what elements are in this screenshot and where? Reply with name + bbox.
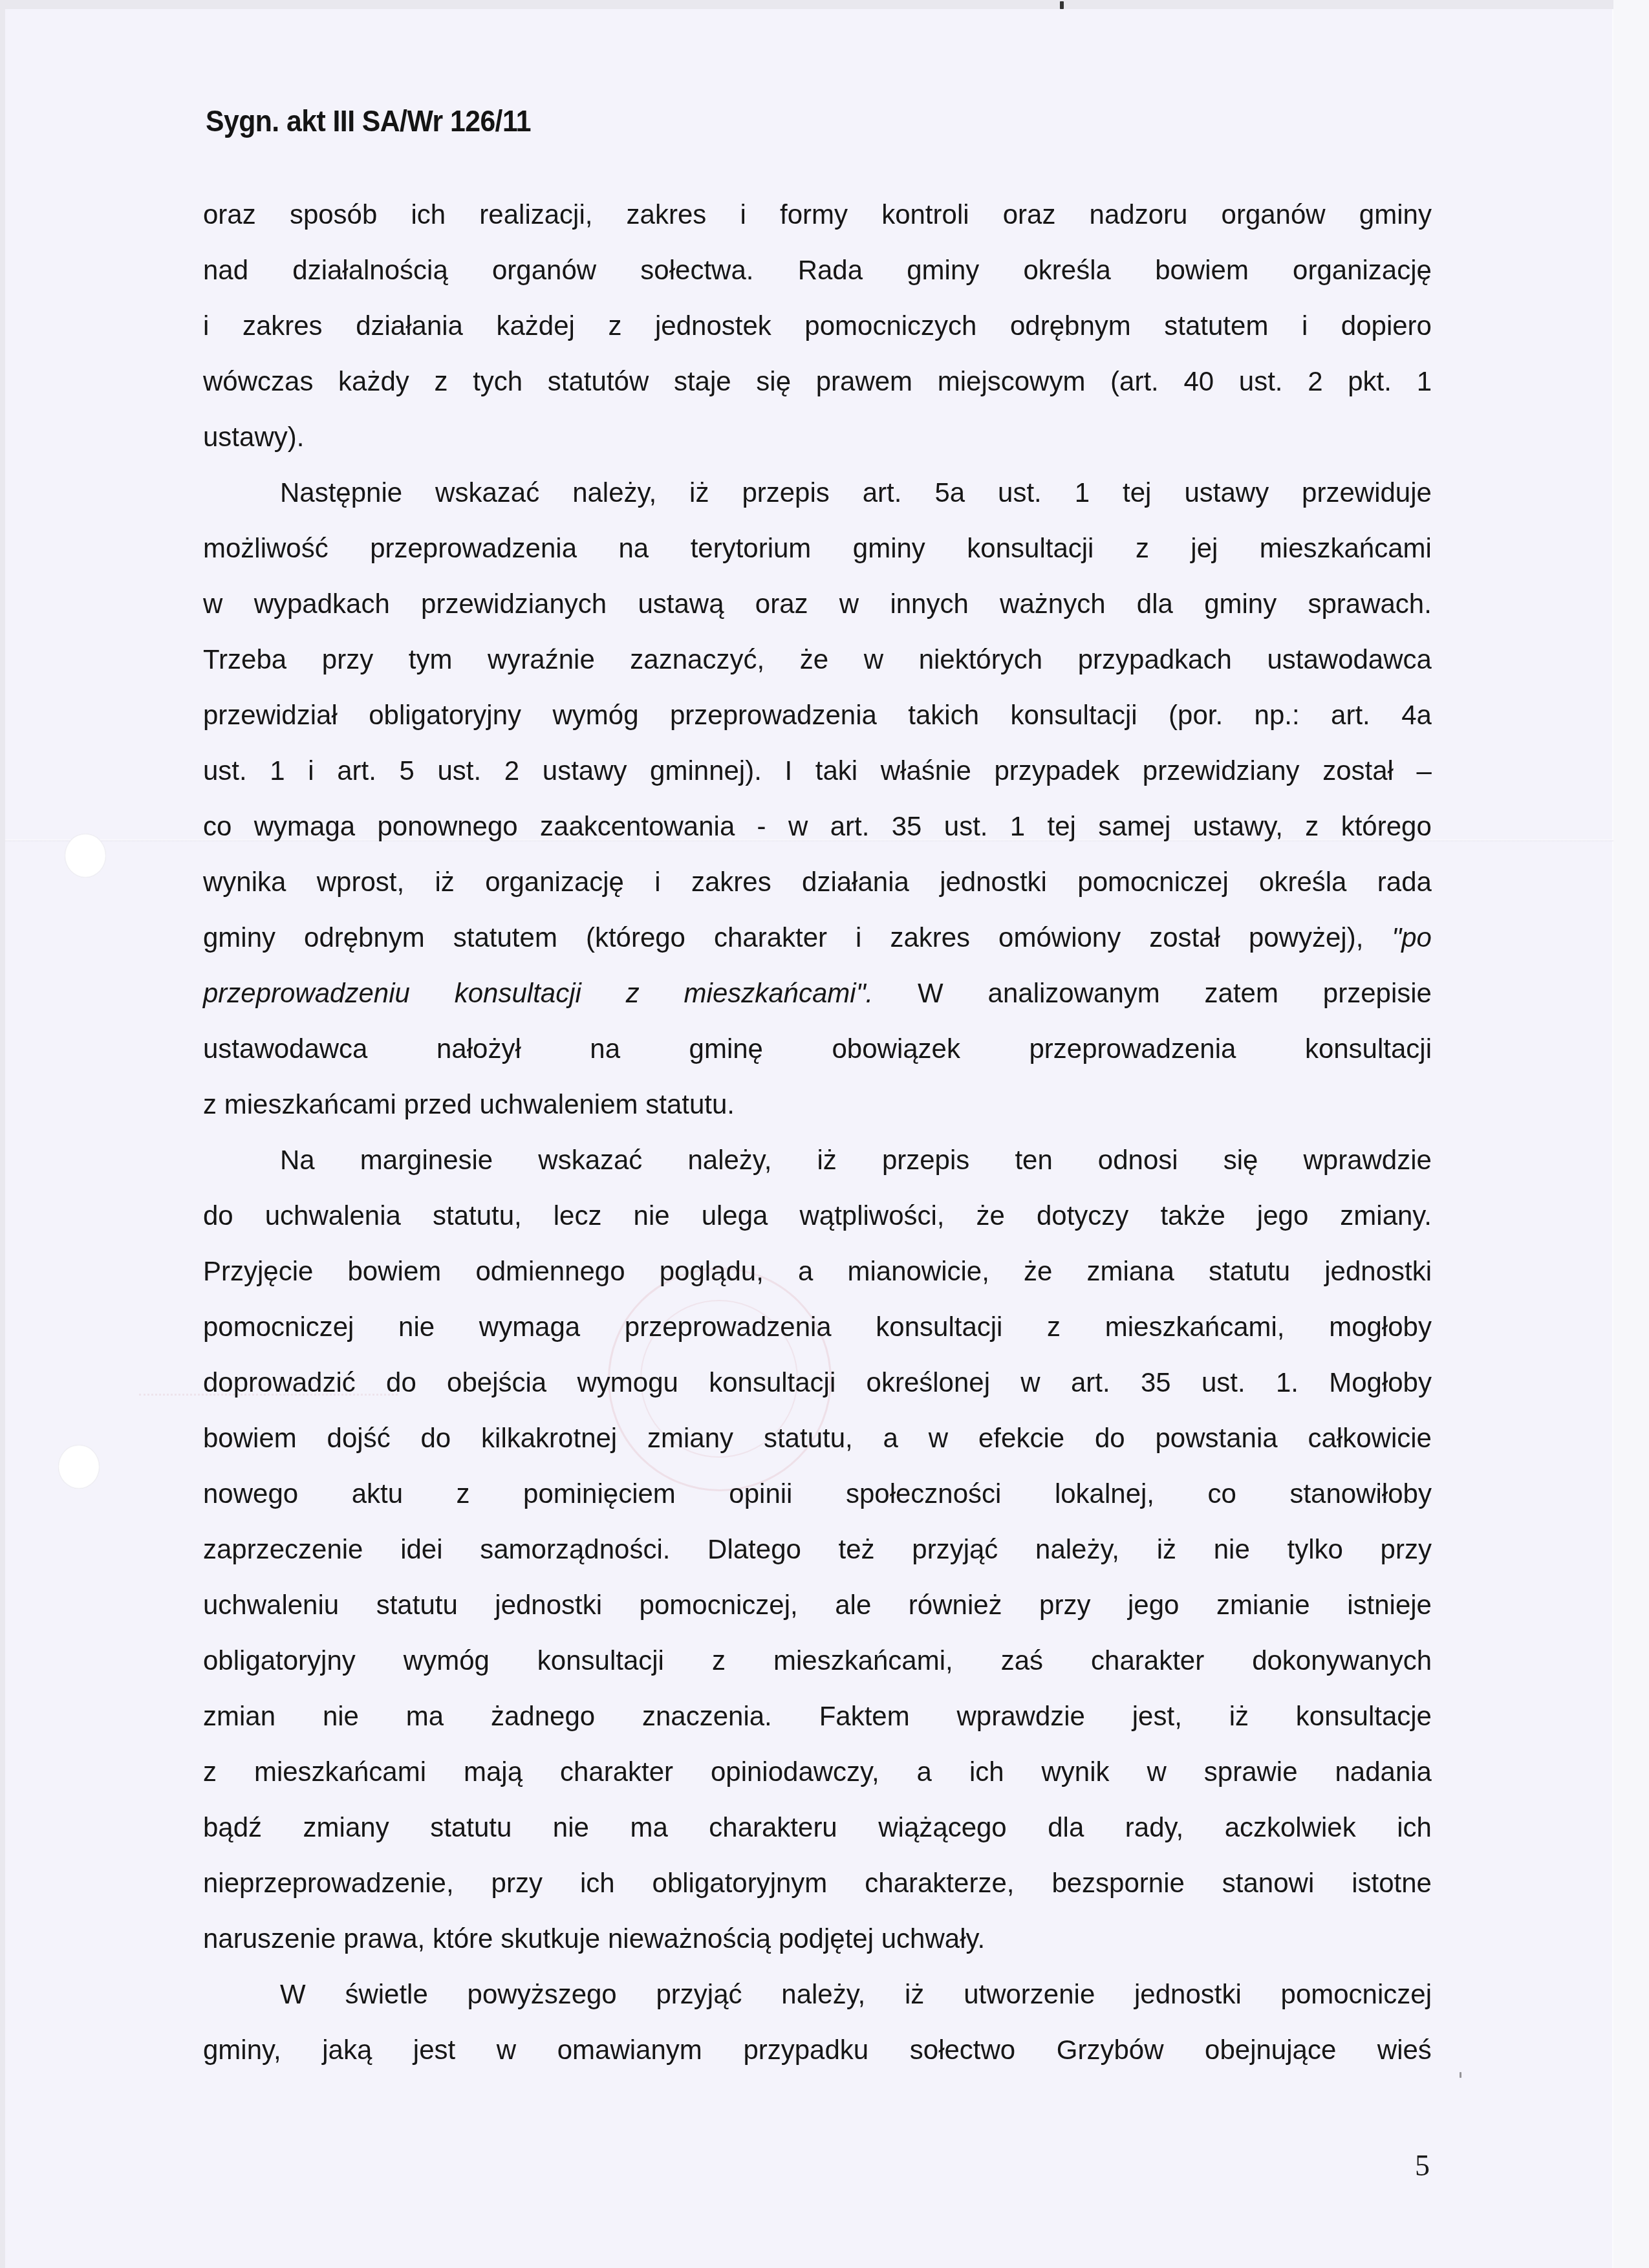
scan-speck (1460, 2072, 1461, 2078)
paragraph: Namarginesiewskazaćnależy,iżprzepistenod… (203, 1141, 1432, 1975)
text-line: obligatoryjnywymógkonsultacjizmieszkańca… (203, 1641, 1432, 1697)
text-line: Namarginesiewskazaćnależy,iżprzepistenod… (203, 1141, 1432, 1196)
text-line: ustawodawcanałożyłnagminęobowiązekprzepr… (203, 1030, 1432, 1085)
text-line: orazsposóbichrealizacji,zakresiformykont… (203, 195, 1432, 251)
document-body: orazsposóbichrealizacji,zakresiformykont… (203, 195, 1432, 2086)
text-line: naddziałalnościąorganówsołectwa.Radagmin… (203, 251, 1432, 307)
punch-hole-icon (58, 1445, 100, 1489)
text-line: nieprzeprowadzenie,przyichobligatoryjnym… (203, 1864, 1432, 1919)
scanner-edge (1613, 0, 1649, 2268)
text-line: naruszenieprawa,któreskutkujenieważności… (203, 1919, 1432, 1975)
paragraph: Wświetlepowyższegoprzyjąćnależy,iżutworz… (203, 1975, 1432, 2086)
text-line: ustawy). (203, 418, 1432, 473)
text-line: Wświetlepowyższegoprzyjąćnależy,iżutworz… (203, 1975, 1432, 2031)
text-line: izakresdziałaniakażdejzjednostekpomocnic… (203, 307, 1432, 362)
paragraph: Następniewskazaćnależy,iżprzepisart.5aus… (203, 473, 1432, 1141)
text-line: wynikawprost,iżorganizacjęizakresdziałan… (203, 863, 1432, 918)
text-line: uchwaleniustatutujednostkipomocniczej,al… (203, 1586, 1432, 1641)
text-line: ust.1iart.5ust.2ustawygminnej).Itakiwłaś… (203, 751, 1432, 807)
text-line: możliwośćprzeprowadzenianaterytoriumgmin… (203, 529, 1432, 585)
paragraph: orazsposóbichrealizacji,zakresiformykont… (203, 195, 1432, 473)
text-line: bądźzmianystatutuniemacharakteruwiążąceg… (203, 1808, 1432, 1864)
text-line: zaprzeczenieideisamorządności.Dlategoteż… (203, 1530, 1432, 1586)
text-line: zmianniemażadnegoznaczenia.Faktemwprawdz… (203, 1697, 1432, 1753)
text-line: doprowadzićdoobejściawymogukonsultacjiok… (203, 1363, 1432, 1419)
text-line: douchwaleniastatutu,lecznieulegawątpliwo… (203, 1196, 1432, 1252)
text-line: gminy,jakąjestwomawianymprzypadkusołectw… (203, 2031, 1432, 2086)
text-line: bowiemdojśćdokilkakrotnejzmianystatutu,a… (203, 1419, 1432, 1474)
text-line: Trzebaprzytymwyraźniezaznaczyć,żewniektó… (203, 640, 1432, 696)
text-line: wówczaskażdyztychstatutówstajesięprawemm… (203, 362, 1432, 418)
text-line: gminyodrębnymstatutem(któregocharakteriz… (203, 918, 1432, 974)
text-line: wwypadkachprzewidzianychustawąorazwinnyc… (203, 585, 1432, 640)
case-signature: Sygn. akt III SA/Wr 126/11 (206, 103, 531, 138)
text-line: przeprowadzeniukonsultacjizmieszkańcami"… (203, 974, 1432, 1030)
scan-speck (1060, 1, 1064, 9)
text-line: Przyjęciebowiemodmiennegopoglądu,amianow… (203, 1252, 1432, 1308)
text-line: cowymagaponownegozaakcentowania-wart.35u… (203, 807, 1432, 863)
text-line: przewidziałobligatoryjnywymógprzeprowadz… (203, 696, 1432, 751)
text-line: zmieszkańcamiprzeduchwaleniemstatutu. (203, 1085, 1432, 1141)
text-line: zmieszkańcamimającharakteropiniodawczy,a… (203, 1753, 1432, 1808)
punch-hole-icon (65, 834, 106, 878)
page-number: 5 (1415, 2148, 1430, 2183)
text-line: pomocniczejniewymagaprzeprowadzeniakonsu… (203, 1308, 1432, 1363)
text-line: Następniewskazaćnależy,iżprzepisart.5aus… (203, 473, 1432, 529)
text-line: nowegoaktuzpominięciemopiniispołeczności… (203, 1474, 1432, 1530)
